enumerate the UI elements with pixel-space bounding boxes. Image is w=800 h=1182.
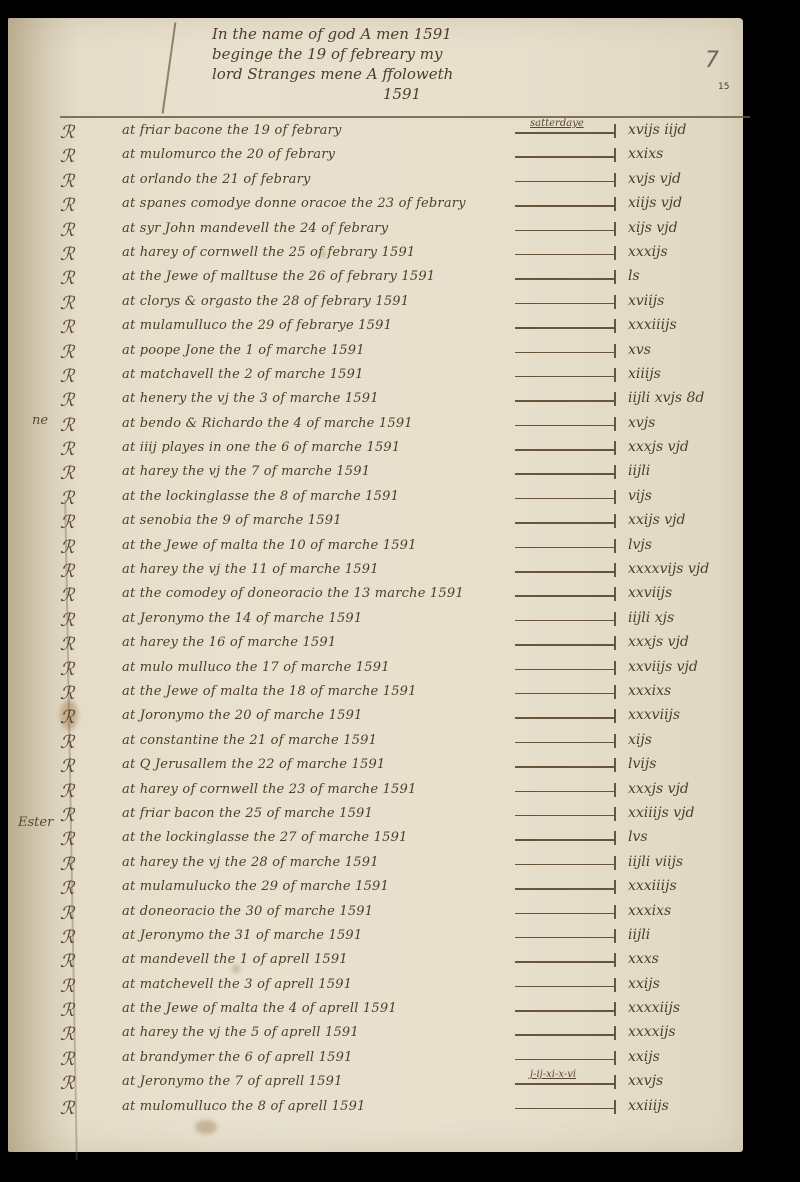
performance-entries-list: ℛat friar bacone the 19 of febrarysatter… [60,120,760,1120]
list-item: ℛat Joronymo the 20 of marche 1591xxxvii… [60,705,760,729]
receipt-mark: ℛ [60,927,74,948]
entry-text: at clorys & orgasto the 28 of febrary 15… [122,294,409,309]
entry-rule [515,717,615,719]
list-item: ℛat poope Jone the 1 of marche 1591xvs [60,340,760,364]
entry-amount: xviijs [628,293,664,309]
entry-amount: xijs [628,732,652,748]
list-item: ℛat harey the vj the 7 of marche 1591iij… [60,461,760,485]
list-item: ℛat iiij playes in one the 6 of marche 1… [60,437,760,461]
list-item: ℛat friar bacone the 19 of febrarysatter… [60,120,760,144]
entry-rule [515,473,615,475]
entry-text: at the Jewe of malltuse the 26 of febrar… [122,269,435,284]
entry-rule [515,547,615,549]
receipt-mark: ℛ [60,512,74,533]
entry-amount: xxxijs [628,244,668,260]
folio-subnumber: 15 [718,82,729,92]
entry-text: at the comodey of doneoracio the 13 marc… [122,586,464,601]
list-item: ℛat senobia the 9 of marche 1591xxijs vj… [60,510,760,534]
receipt-mark: ℛ [60,659,74,680]
entry-amount: lvs [628,829,648,845]
list-item: ℛat orlando the 21 of febraryxvjs vjd [60,169,760,193]
entry-amount: xvs [628,342,651,358]
list-item: ℛat constantine the 21 of marche 1591xij… [60,730,760,754]
entry-text: at harey the vj the 11 of marche 1591 [122,562,379,577]
list-item: ℛat Jeronymo the 14 of marche 1591iijli … [60,608,760,632]
entry-rule-end [614,1075,616,1089]
receipt-mark: ℛ [60,585,74,606]
entry-text: at harey the 16 of marche 1591 [122,635,336,650]
entry-amount: xxxxiijs [628,1000,680,1016]
entry-text: at Joronymo the 20 of marche 1591 [122,708,363,723]
receipt-mark: ℛ [60,244,74,265]
list-item: ℛat the lockinglasse the 27 of marche 15… [60,827,760,851]
list-item: ℛat the Jewe of malta the 4 of aprell 15… [60,998,760,1022]
entry-text: at bendo & Richardo the 4 of marche 1591 [122,416,413,431]
entry-rule [515,1010,615,1012]
entry-amount: xxijs [628,1049,660,1065]
entry-text: at friar bacon the 25 of marche 1591 [122,806,373,821]
list-item: ℛat Jeronymo the 7 of aprell 1591j-ij-xi… [60,1071,760,1095]
entry-amount: xvijs iijd [628,122,687,138]
entry-rule [515,937,615,939]
entry-amount: xxxxijs [628,1024,676,1040]
entry-rule [515,230,615,232]
entry-amount: xxxjs vjd [628,634,689,650]
list-item: ℛat the comodey of doneoracio the 13 mar… [60,583,760,607]
entry-rule [515,766,615,768]
receipt-mark: ℛ [60,1024,74,1045]
entry-rule [515,132,615,134]
entry-rule [515,303,615,305]
header-line-1: In the name of god A men 1591 [212,24,572,44]
entry-rule-end [614,734,616,748]
entry-text: at spanes comodye donne oracoe the 23 of… [122,196,466,211]
entry-amount: iijli [628,927,650,943]
entry-text: at harey the vj the 7 of marche 1591 [122,464,370,479]
entry-rule-end [614,953,616,967]
entry-amount: xxviijs vjd [628,659,698,675]
entry-text: at doneoracio the 30 of marche 1591 [122,904,373,919]
receipt-mark: ℛ [60,488,74,509]
entry-amount: iijli [628,463,650,479]
entry-text: at matchevell the 3 of aprell 1591 [122,977,352,992]
entry-amount: iijli viijs [628,854,683,870]
entry-amount: xxiiijs [628,1098,669,1114]
entry-rule-end [614,929,616,943]
list-item: ℛat brandymer the 6 of aprell 1591xxijs [60,1047,760,1071]
list-item: ℛat spanes comodye donne oracoe the 23 o… [60,193,760,217]
entry-rule [515,400,615,402]
header-year: 1591 [212,84,572,104]
entry-rule-end [614,344,616,358]
receipt-mark: ℛ [60,146,74,167]
entry-rule [515,156,615,158]
receipt-mark: ℛ [60,1098,74,1119]
entry-amount: lvjs [628,537,652,553]
list-item: ℛat matchavell the 2 of marche 1591xiiij… [60,364,760,388]
header-rule [60,116,750,118]
entry-rule [515,644,615,646]
entry-amount: xiiijs [628,366,661,382]
entry-rule [515,839,615,841]
receipt-mark: ℛ [60,805,74,826]
entry-amount: ls [628,268,640,284]
receipt-mark: ℛ [60,878,74,899]
receipt-mark: ℛ [60,195,74,216]
entry-text: at mulomulluco the 8 of aprell 1591 [122,1099,366,1114]
header-line-3: lord Stranges mene A ffoloweth [212,64,572,84]
entry-rule [515,278,615,280]
receipt-mark: ℛ [60,976,74,997]
entry-rule [515,376,615,378]
entry-amount: xxxiiijs [628,878,677,894]
entry-rule [515,254,615,256]
entry-rule [515,425,615,427]
entry-text: at mulomurco the 20 of febrary [122,147,335,162]
entry-rule-end [614,197,616,211]
entry-rule [515,1083,615,1085]
receipt-mark: ℛ [60,1073,74,1094]
entry-rule-end [614,831,616,845]
entry-rule-end [614,514,616,528]
entry-rule-end [614,465,616,479]
entry-rule-end [614,978,616,992]
entry-rule [515,1034,615,1036]
entry-rule [515,669,615,671]
receipt-mark: ℛ [60,756,74,777]
receipt-mark: ℛ [60,610,74,631]
margin-note-ne: ne [32,413,48,428]
entry-rule [515,693,615,695]
entry-text: at senobia the 9 of marche 1591 [122,513,342,528]
entry-rule-end [614,490,616,504]
entry-rule [515,205,615,207]
receipt-mark: ℛ [60,537,74,558]
receipt-mark: ℛ [60,1000,74,1021]
entry-amount: xxxiiijs [628,317,677,333]
entry-amount: xxviijs [628,585,672,601]
receipt-mark: ℛ [60,707,74,728]
entry-rule-end [614,807,616,821]
receipt-mark: ℛ [60,220,74,241]
entry-text: at friar bacone the 19 of febrary [122,123,342,138]
entry-rule-end [614,612,616,626]
entry-rule [515,181,615,183]
entry-rule-end [614,1100,616,1114]
entry-text: at orlando the 21 of febrary [122,172,311,187]
entry-rule [515,791,615,793]
entry-rule [515,522,615,524]
entry-text: at harey of cornwell the 25 of febrary 1… [122,245,415,260]
entry-rule [515,986,615,988]
entry-text: at the Jewe of malta the 18 of marche 15… [122,684,417,699]
list-item: ℛat Q Jerusallem the 22 of marche 1591lv… [60,754,760,778]
entry-rule [515,1108,615,1110]
entry-rule-end [614,563,616,577]
entry-rule [515,1059,615,1061]
receipt-mark: ℛ [60,463,74,484]
entry-amount: xiijs vjd [628,195,682,211]
entry-rule-end [614,905,616,919]
receipt-mark: ℛ [60,561,74,582]
list-item: ℛat Jeronymo the 31 of marche 1591iijli [60,925,760,949]
entry-rule-end [614,270,616,284]
receipt-mark: ℛ [60,1049,74,1070]
list-item: ℛat the Jewe of malta the 18 of marche 1… [60,681,760,705]
receipt-mark: ℛ [60,342,74,363]
entry-text: at constantine the 21 of marche 1591 [122,733,377,748]
entry-amount: xxxviijs [628,707,680,723]
list-item: ℛat friar bacon the 25 of marche 1591xxi… [60,803,760,827]
entry-text: at poope Jone the 1 of marche 1591 [122,343,365,358]
receipt-mark: ℛ [60,268,74,289]
entry-rule-end [614,173,616,187]
list-item: ℛat harey the 16 of marche 1591xxxjs vjd [60,632,760,656]
entry-rule [515,961,615,963]
entry-text: at Jeronymo the 7 of aprell 1591 [122,1074,343,1089]
receipt-mark: ℛ [60,829,74,850]
list-item: ℛat clorys & orgasto the 28 of febrary 1… [60,291,760,315]
receipt-mark: ℛ [60,317,74,338]
entry-rule-end [614,758,616,772]
entry-rule-end [614,856,616,870]
list-item: ℛat mulomulluco the 8 of aprell 1591xxii… [60,1096,760,1120]
entry-text: at mandevell the 1 of aprell 1591 [122,952,348,967]
list-item: ℛat harey the vj the 28 of marche 1591ii… [60,852,760,876]
entry-amount: iijli xvjs 8d [628,390,704,406]
receipt-mark: ℛ [60,122,74,143]
list-item: ℛat doneoracio the 30 of marche 1591xxxi… [60,901,760,925]
entry-amount: xxxixs [628,683,671,699]
entry-amount: xxxs [628,951,659,967]
entry-note: j-ij-xi-x-vi [530,1069,576,1080]
entry-text: at harey the vj the 28 of marche 1591 [122,855,379,870]
receipt-mark: ℛ [60,854,74,875]
entry-rule [515,327,615,329]
entry-rule-end [614,441,616,455]
entry-amount: xxijs vjd [628,512,685,528]
list-item: ℛat henery the vj the 3 of marche 1591ii… [60,388,760,412]
entry-rule-end [614,295,616,309]
receipt-mark: ℛ [60,366,74,387]
entry-rule-end [614,539,616,553]
entry-amount: vijs [628,488,652,504]
entry-amount: xxixs [628,146,663,162]
entry-rule-end [614,685,616,699]
receipt-mark: ℛ [60,415,74,436]
entry-amount: xxiiijs vjd [628,805,694,821]
list-item: ℛat the lockinglasse the 8 of marche 159… [60,486,760,510]
entry-rule-end [614,319,616,333]
entry-text: at brandymer the 6 of aprell 1591 [122,1050,353,1065]
entry-rule [515,449,615,451]
entry-text: at mulamulluco the 29 of febrarye 1591 [122,318,392,333]
entry-text: at mulo mulluco the 17 of marche 1591 [122,660,390,675]
entry-text: at Jeronymo the 31 of marche 1591 [122,928,362,943]
entry-rule-end [614,1051,616,1065]
entry-rule-end [614,709,616,723]
list-item: ℛat harey the vj the 11 of marche 1591xx… [60,559,760,583]
list-item: ℛat harey of cornwell the 23 of marche 1… [60,779,760,803]
entry-text: at syr John mandevell the 24 of febrary [122,221,388,236]
entry-rule [515,620,615,622]
list-item: ℛat mulo mulluco the 17 of marche 1591xx… [60,657,760,681]
entry-amount: lvijs [628,756,656,772]
entry-text: at harey of cornwell the 23 of marche 15… [122,782,416,797]
entry-rule [515,352,615,354]
list-item: ℛat mulomurco the 20 of febraryxxixs [60,144,760,168]
receipt-mark: ℛ [60,683,74,704]
entry-rule-end [614,783,616,797]
entry-rule-end [614,368,616,382]
entry-text: at Jeronymo the 14 of marche 1591 [122,611,362,626]
receipt-mark: ℛ [60,171,74,192]
entry-amount: xvjs vjd [628,171,681,187]
receipt-mark: ℛ [60,293,74,314]
folio-number: 7 [705,48,719,73]
list-item: ℛat harey of cornwell the 25 of febrary … [60,242,760,266]
entry-rule-end [614,148,616,162]
entry-amount: xxvjs [628,1073,663,1089]
entry-rule [515,742,615,744]
entry-amount: xxxixs [628,903,671,919]
entry-rule [515,888,615,890]
entry-amount: iijli xjs [628,610,674,626]
entry-note: satterdaye [530,118,584,129]
entry-text: at harey the vj the 5 of aprell 1591 [122,1025,359,1040]
entry-amount: xxxjs vjd [628,781,689,797]
entry-rule [515,864,615,866]
entry-rule-end [614,1026,616,1040]
list-item: ℛat mulamulluco the 29 of febrarye 1591x… [60,315,760,339]
list-item: ℛat mandevell the 1 of aprell 1591xxxs [60,949,760,973]
entry-amount: xijs vjd [628,220,678,236]
receipt-mark: ℛ [60,390,74,411]
entry-text: at Q Jerusallem the 22 of marche 1591 [122,757,385,772]
entry-text: at the Jewe of malta the 4 of aprell 159… [122,1001,397,1016]
list-item: ℛat the Jewe of malltuse the 26 of febra… [60,266,760,290]
entry-rule-end [614,587,616,601]
entry-rule-end [614,392,616,406]
entry-rule [515,815,615,817]
entry-rule-end [614,661,616,675]
receipt-mark: ℛ [60,951,74,972]
entry-rule-end [614,1002,616,1016]
entry-text: at iiij playes in one the 6 of marche 15… [122,440,400,455]
entry-rule-end [614,880,616,894]
list-item: ℛat mulamulucko the 29 of marche 1591xxx… [60,876,760,900]
list-item: ℛat the Jewe of malta the 10 of marche 1… [60,535,760,559]
entry-text: at matchavell the 2 of marche 1591 [122,367,364,382]
entry-text: at the lockinglasse the 8 of marche 1591 [122,489,399,504]
entry-text: at the lockinglasse the 27 of marche 159… [122,830,408,845]
receipt-mark: ℛ [60,903,74,924]
entry-amount: xxijs [628,976,660,992]
page-header: In the name of god A men 1591 beginge th… [212,24,572,104]
entry-rule-end [614,124,616,138]
entry-rule-end [614,246,616,260]
margin-note-ester: Ester [18,815,53,830]
receipt-mark: ℛ [60,781,74,802]
entry-rule [515,595,615,597]
receipt-mark: ℛ [60,634,74,655]
entry-rule-end [614,417,616,431]
entry-rule [515,498,615,500]
list-item: ℛat matchevell the 3 of aprell 1591xxijs [60,974,760,998]
entry-rule [515,571,615,573]
list-item: ℛat harey the vj the 5 of aprell 1591xxx… [60,1022,760,1046]
entry-amount: xvjs [628,415,655,431]
entry-amount: xxxxvijs vjd [628,561,709,577]
list-item: ℛat bendo & Richardo the 4 of marche 159… [60,413,760,437]
receipt-mark: ℛ [60,439,74,460]
entry-text: at the Jewe of malta the 10 of marche 15… [122,538,417,553]
entry-text: at henery the vj the 3 of marche 1591 [122,391,379,406]
entry-text: at mulamulucko the 29 of marche 1591 [122,879,389,894]
entry-rule [515,913,615,915]
entry-amount: xxxjs vjd [628,439,689,455]
entry-rule-end [614,636,616,650]
list-item: ℛat syr John mandevell the 24 of febrary… [60,218,760,242]
header-line-2: beginge the 19 of febreary my [212,44,572,64]
ink-stain [195,1120,217,1134]
receipt-mark: ℛ [60,732,74,753]
entry-rule-end [614,222,616,236]
